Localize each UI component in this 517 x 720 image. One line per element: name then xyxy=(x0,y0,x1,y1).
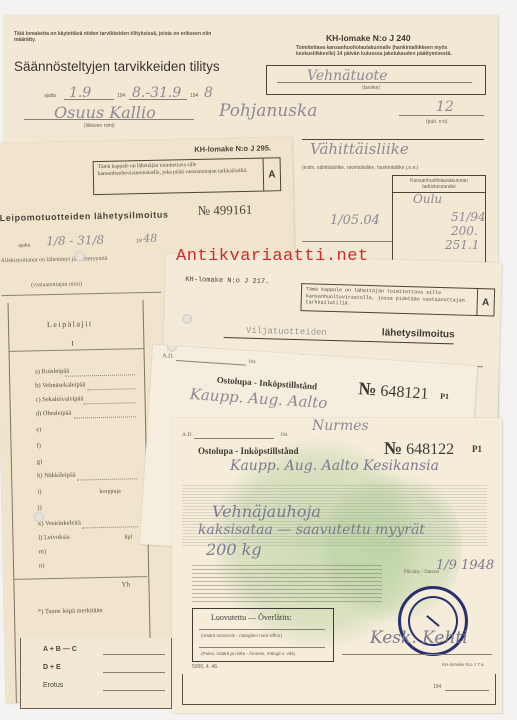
ostolupa2-buyer: Kaupp. Aug. Aalto Kesikansia xyxy=(230,458,439,474)
ostolupa2-ad-label: A.D. xyxy=(182,432,193,438)
date-to-value: 8.-31.9 xyxy=(132,85,181,101)
vilja-title-printed: lähetysilmoitus xyxy=(382,327,455,340)
tilitys-instruction: Toimitettava kansanhuoltolautakunnalle (… xyxy=(296,45,486,57)
recipient-label: (vastaanottajan nimi) xyxy=(31,281,82,288)
bread-row: e) xyxy=(36,426,41,433)
stub-year-label: 194 xyxy=(433,684,441,690)
number-prefix: № xyxy=(384,438,402,458)
handover-title: Luovutettu — Överlåtits: xyxy=(211,613,292,622)
number-value: 499161 xyxy=(213,202,252,218)
ostolupa2-form-code: KH-lomake N:o J 7 a. xyxy=(442,662,485,668)
fine-print-block xyxy=(192,564,382,602)
bread-row: m) xyxy=(39,548,46,555)
handover-line-2: (Paino, määrä ja mitta - Ämnets, mängd o… xyxy=(201,651,295,657)
item-label: (tarvike) xyxy=(362,85,380,91)
leipomo-sender-text: Allekirjoittanut on lähettänyt jälleenmy… xyxy=(1,256,108,264)
ostolupa2-series: P1 xyxy=(472,444,482,454)
date-from-label: ajalta xyxy=(44,93,56,99)
bread-row: f) xyxy=(36,442,40,449)
bread-table-header: Leipälajit xyxy=(47,319,93,329)
handwritten-place: Pohjanuska xyxy=(219,101,317,121)
category-label: (esim. vähittäisliike, ravintolaliike, h… xyxy=(302,165,418,171)
ostolupa1-ad-label: A.D. xyxy=(162,353,174,360)
bread-row: g) xyxy=(37,458,43,465)
bread-row: l) Leivoksia xyxy=(38,534,69,542)
check-value-2: 51/94 xyxy=(451,210,486,224)
category-row: Vähittäisliike xyxy=(302,139,484,166)
leipomo-number: № 499161 xyxy=(197,202,252,219)
year-label: 194 xyxy=(117,93,125,99)
ostolupa1-year-label: 194 xyxy=(248,360,256,365)
leipomo-copy-notice: Tämä kappale on lähettäjän toimitettava … xyxy=(94,159,264,195)
bread-row: j) xyxy=(38,504,42,511)
sum-row-label: A + B — C xyxy=(43,646,77,653)
phone-value: 12 xyxy=(436,99,454,115)
ostolupa2-year-label: 194 xyxy=(280,433,288,438)
ostolupa2-amount: 200 kg xyxy=(206,540,262,559)
bottom-stub: 194 xyxy=(182,674,496,705)
year-suffix: 8 xyxy=(204,85,213,101)
bread-row: h) Näkkileipää xyxy=(37,472,76,480)
total-label: Yh xyxy=(121,580,130,588)
leipomo-footnote: *) Tanne leipä merkitään xyxy=(38,607,103,615)
bread-row: n) xyxy=(39,562,45,569)
sum-row-label: Erotus xyxy=(43,682,63,689)
stamp-signature-mark xyxy=(426,615,440,627)
number-value: 648122 xyxy=(406,441,454,458)
bread-row: c) Sekahiivaleipää xyxy=(35,395,83,403)
kpl-label: kpl xyxy=(124,534,132,540)
leipomo-date-value: 1/8 - 31/8 xyxy=(46,233,104,248)
handwritten-category: Vähittäisliike xyxy=(310,140,409,158)
bread-row: i) xyxy=(37,488,41,495)
ostolupa2-item: Vehnäjauhoja xyxy=(212,502,321,521)
number-prefix: № xyxy=(358,378,377,399)
form-ostolupa-648122: A.D. 194 Nurmes Ostolupa - Inköpstillstå… xyxy=(172,418,502,713)
vilja-copy-box: Tämä kappale on lähettäjän toimitettava … xyxy=(300,283,495,316)
number-prefix: № xyxy=(197,203,210,218)
leipomo-year-label: 19 xyxy=(136,238,142,244)
tilitys-title: Säännösteltyjen tarvikkeiden tilitys xyxy=(14,59,220,74)
sum-box: A + B — C D + E Erotus xyxy=(20,638,172,709)
shop-label: (liikkeen nimi) xyxy=(84,123,115,129)
ostolupa1-number: № 648121 xyxy=(358,378,429,404)
ostolupa2-title: Ostolupa - Inköpstillstånd xyxy=(198,446,299,456)
korppuja-label: korppuja xyxy=(99,489,120,495)
leipomo-year-value: 48 xyxy=(143,232,157,245)
watermark-text: Antikvariaatti.net xyxy=(176,247,369,266)
number-value: 648121 xyxy=(380,383,429,403)
vilja-title-typed: Viljatuotteiden xyxy=(246,326,327,338)
sum-row-label: D + E xyxy=(43,664,61,671)
punch-hole xyxy=(182,314,192,324)
vilja-copy-letter: A xyxy=(476,289,494,315)
check-column-header: Kansanhuoltolautakunnan tarkistussarake xyxy=(397,178,481,190)
handover-box: Luovutettu — Överlåtits: (määrä numeroin… xyxy=(192,608,334,662)
check-value-4: 251.1 xyxy=(445,238,479,252)
leipomo-copy-letter: A xyxy=(263,158,281,190)
bread-row: b) Vehnäsekaleipää xyxy=(35,381,85,389)
item-box: Vehnätuote (tarvike) xyxy=(266,65,486,95)
tilitys-notice: Tätä lomaketta on käytettävä niiden tarv… xyxy=(14,31,224,43)
tilitys-form-id: KH-lomake N:o J 240 xyxy=(326,33,411,43)
handover-line-1: (määrä numeroin - mängden med siffror) xyxy=(201,633,282,639)
issued-label: Päivätty / Daterat xyxy=(404,570,439,576)
check-value-1: Oulu xyxy=(413,192,442,206)
issued-date: 1/9 1948 xyxy=(436,558,494,573)
vilja-copy-notice: Tämä kappale on lähettäjän toimitettava … xyxy=(301,284,477,315)
leipomo-date-label: ajalta xyxy=(18,242,30,248)
bread-row: a) Ruisleipää xyxy=(35,368,69,376)
ostolupa2-handwritten-place: Nurmes xyxy=(312,418,369,434)
date-from-value: 1.9 xyxy=(69,85,91,101)
leipomo-copy-box: Tämä kappale on lähettäjän toimitettava … xyxy=(93,157,282,195)
year-label-2: 194 xyxy=(190,93,198,99)
ostolupa2-extra: kaksisataa — saavutettu myyrät xyxy=(198,522,425,538)
check-value-3: 200. xyxy=(451,224,478,238)
bread-row: k) Vesirinkeleitä xyxy=(38,519,81,527)
phone-label: (puh. n:o) xyxy=(426,119,447,125)
ostolupa2-number: № 648122 xyxy=(384,438,454,459)
bread-table-roman: I xyxy=(71,340,74,348)
ostolupa1-series: P1 xyxy=(440,392,449,402)
leipomo-title: Leipomotuotteiden lähetysilmoitus xyxy=(0,210,169,224)
ostolupa2-printer-mark: 5000, 4. 46. xyxy=(192,664,218,670)
bread-row: d) Ohraleipää xyxy=(36,410,72,418)
punch-hole xyxy=(167,344,178,352)
leipomo-form-id: KH-lomake N:o J 295. xyxy=(194,143,271,154)
handwritten-entry: 1/05.04 xyxy=(330,213,380,228)
ostolupa2-signature: Kesk. Kehti xyxy=(370,628,468,648)
vilja-form-id: KH-lomake N:o J 217. xyxy=(185,276,269,286)
